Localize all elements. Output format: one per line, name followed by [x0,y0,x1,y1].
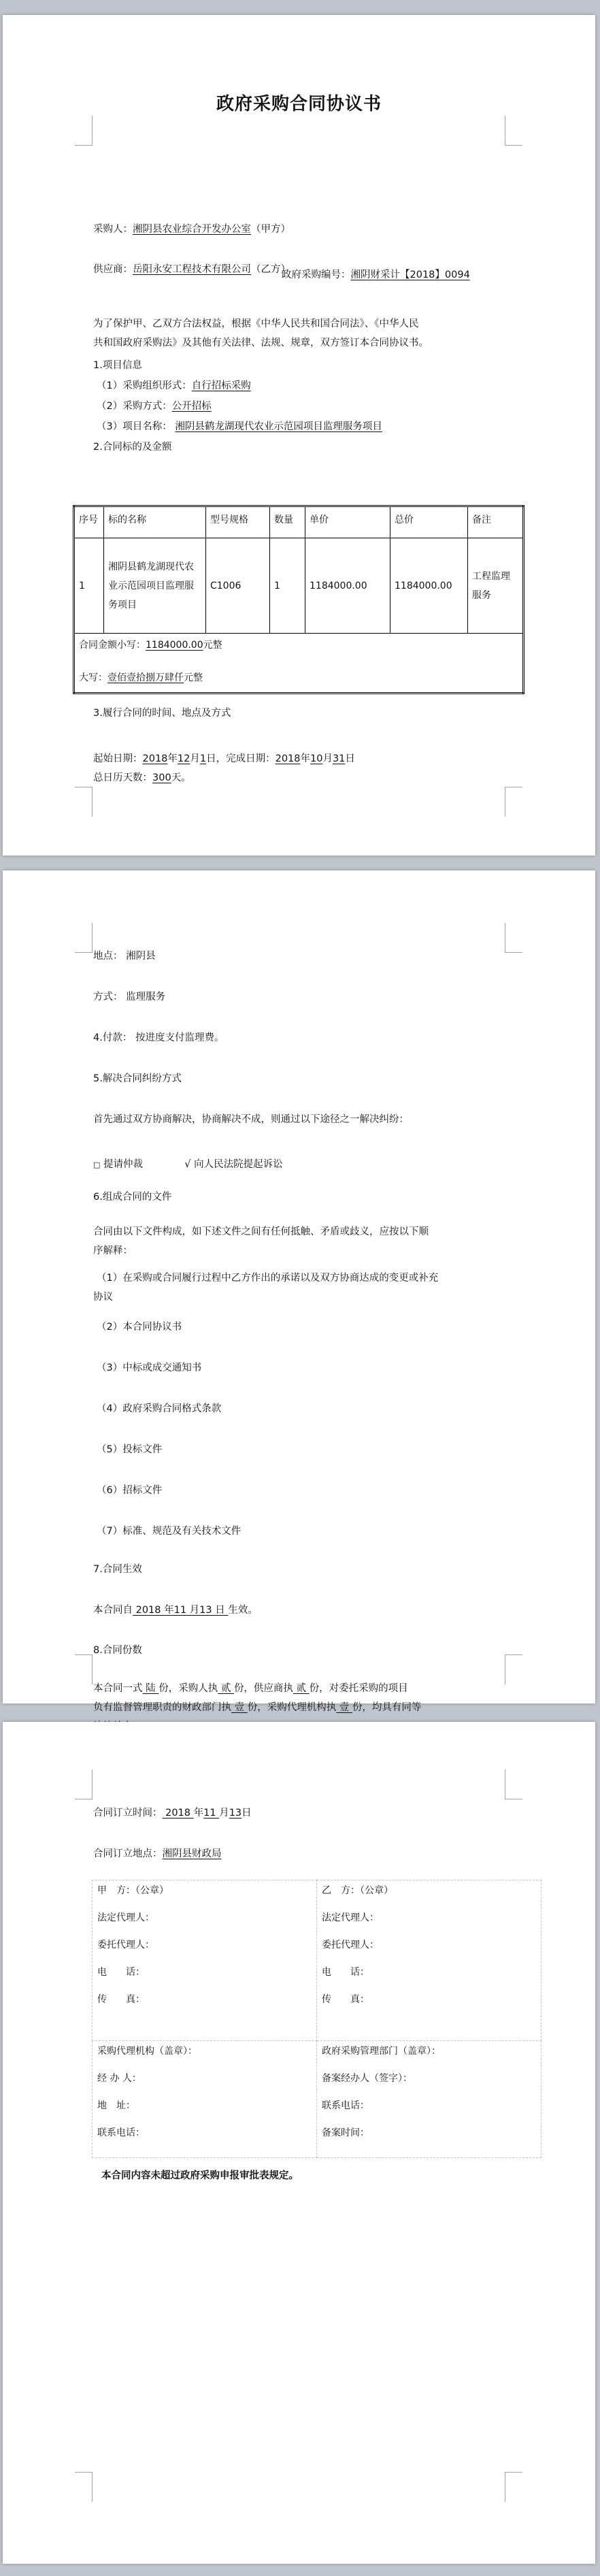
section3-heading: 3.履行合同的时间、地点及方式 [93,707,231,719]
contract-docs-item-7: （7）标准、规范及有关技术文件 [97,1525,241,1537]
procurement-number: 政府采购编号：湘阴财采计【2018】0094 [282,269,470,281]
crop-mark-top-left [75,923,93,953]
crop-mark-bottom-left [75,2472,93,2502]
payment-line: 4.付款： 按进度支付监理费。 [93,1032,224,1044]
party-a-cell: 甲 方：（公章） 法定代理人： 委托代理人： 电 话： 传 真： [93,1880,317,2041]
crop-mark-top-right [505,1770,522,1799]
crop-mark-bottom-left [75,1654,93,1684]
contract-docs-item-6: （6）招标文件 [97,1484,162,1497]
contract-docs-item-3: （3）中标或成交通知书 [97,1362,201,1374]
document-title: 政府采购合同协议书 [3,90,595,115]
contract-docs-item-5: （5）投标文件 [97,1444,162,1456]
project-name: （3）项目名称： 湘阴县鹤龙湖现代农业示范园项目监理服务项目 [97,421,382,433]
crop-mark-top-left [75,1770,93,1799]
items-table-header: 序号 标的名称 型号规格 数量 单价 总价 备注 [74,506,524,538]
signature-table: 甲 方：（公章） 法定代理人： 委托代理人： 电 话： 传 真： 乙 方：（公章… [92,1880,541,2158]
page-3: 合同订立时间： 2018 年11 月13日 合同订立地点：湘阴县财政局 甲 方：… [3,1722,595,2564]
party-b-cell: 乙 方：（公章） 法定代理人： 委托代理人： 电 话： 传 真： [317,1880,541,2041]
supplier-line: 供应商：岳阳永安工程技术有限公司（乙方） [93,263,290,276]
contract-docs-item-4: （4）政府采购合同格式条款 [97,1403,221,1415]
copies-line-2: 负有监督管理职责的财政部门执 壹 份，采购代理机构执 壹 份，均具有同等 [93,1698,529,1717]
checkbox-litigation[interactable]: √ 向人民法院提起诉讼 [184,1159,282,1170]
admin-cell: 政府采购管理部门（盖章）： 备案经办人（签字）： 联系电话： 备案时间： [317,2041,541,2158]
dispute-text: 首先通过双方协商解决，协商解决不成，则通过以下途径之一解决纠纷： [93,1113,409,1126]
crop-mark-top-left [75,116,93,146]
signing-time: 合同订立时间： 2018 年11 月13日 [93,1807,252,1819]
location-line: 地点： 湘阴县 [93,950,156,962]
effective-date: 本合同自 2018 年11 月13 日 生效。 [93,1604,258,1616]
dispute-options: □ 提请仲裁 √ 向人民法院提起诉讼 [93,1158,283,1171]
section6-intro: 合同由以下文件构成，如下述文件之间有任何抵触、矛盾或歧义，应按以下顺 序解释： [93,1222,529,1260]
date-range: 起始日期：2018年12月1日，完成日期：2018年10月31日 [93,753,355,765]
crop-mark-bottom-right [505,2472,522,2502]
crop-mark-top-right [505,923,522,953]
crop-mark-bottom-right [505,787,522,817]
method-line: 方式： 监理服务 [93,991,165,1003]
contract-docs-item-1: （1）在采购或合同履行过程中乙方作出的承诺以及双方协商达成的变更或补充 协议 [97,1269,532,1307]
amount-big: 大写：壹佰壹拾捌万肆仟元整 [79,670,518,685]
intro-paragraph: 为了保护甲、乙双方合法权益，根据《中华人民共和国合同法》、《中华人民 共和国政府… [93,314,529,353]
section1-heading: 1.项目信息 [93,359,142,372]
page-1: 政府采购合同协议书 政府采购编号：湘阴财采计【2018】0094 采购人：湘阴县… [3,15,595,855]
section7-heading: 7.合同生效 [93,1563,142,1576]
purchaser-line: 采购人：湘阴县农业综合开发办公室（甲方） [93,223,290,235]
amount-row: 合同金额小写：1184000.00元整 大写：壹佰壹拾捌万肆仟元整 [74,634,524,694]
table-row: 1 湘阴县鹤龙湖现代农业示范园项目监理服务项目 C1006 1 1184000.… [74,538,524,634]
amount-small: 合同金额小写：1184000.00元整 [79,638,518,653]
section6-heading: 6.组成合同的文件 [93,1191,171,1203]
procurement-number-value: 湘阴财采计【2018】0094 [351,270,470,280]
page-2: 地点： 湘阴县 方式： 监理服务 4.付款： 按进度支付监理费。 5.解决合同纠… [3,870,595,1703]
supplier-name: 岳阳永安工程技术有限公司 [133,264,251,275]
approval-note: 本合同内容未超过政府采购申报审批表规定。 [101,2170,299,2182]
checkbox-arbitration[interactable]: □ 提请仲裁 [93,1159,143,1170]
section8-heading: 8.合同份数 [93,1644,142,1657]
crop-mark-top-right [505,116,522,146]
signing-place: 合同订立地点：湘阴县财政局 [93,1848,222,1860]
total-days: 总日历天数：300天。 [93,772,191,784]
section2-heading: 2.合同标的及金额 [93,441,171,453]
contract-docs-item-2: （2）本合同协议书 [97,1321,182,1333]
items-table: 序号 标的名称 型号规格 数量 单价 总价 备注 1 湘阴县鹤龙湖现代农业示范园… [73,505,524,694]
procurement-method: （2）采购方式：公开招标 [97,400,212,412]
crop-mark-bottom-left [75,787,93,817]
section5-heading: 5.解决合同纠纷方式 [93,1073,182,1085]
procurement-org-form: （1）采购组织形式：自行招标采购 [97,380,251,392]
agency-cell: 采购代理机构（盖章）： 经 办 人： 地 址： 联系电话： [93,2041,317,2158]
crop-mark-bottom-right [505,1654,522,1684]
purchaser-name: 湘阴县农业综合开发办公室 [133,224,251,235]
